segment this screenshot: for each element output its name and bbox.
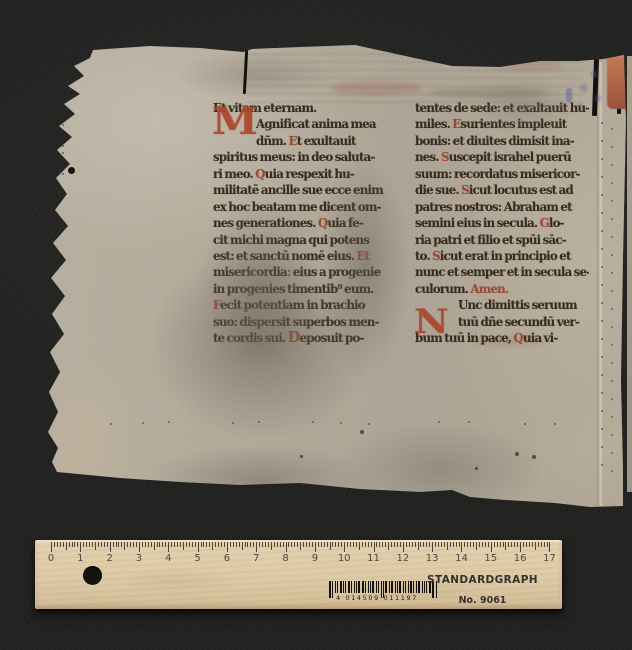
ruler-tick [110,542,111,552]
text-line: misericordia: eius a progenie [213,264,387,280]
pricking-hole [468,421,470,423]
blue-penwork-decoration [574,62,606,112]
ruler-tick [330,542,331,550]
latin-text: die sue. [415,183,461,197]
ruler-tick [247,542,248,547]
ruler-tick [165,542,166,547]
ruler-tick [69,542,70,547]
latin-text: eius a progenie [290,265,380,279]
rubric-text: E [289,134,297,148]
latin-text: ecit potentiam in brachio [220,298,365,312]
ruler-tick [121,542,122,547]
ruler-tick [500,542,501,547]
adjacent-leaf-edge [627,56,632,492]
ruler-tick [538,542,539,547]
ruler-tick [280,542,281,547]
barcode-bar [376,581,377,593]
latin-text: te cordis sui. [213,331,288,345]
rubric-text: D [288,329,300,346]
ruler-tick [344,542,345,552]
barcode-bar [337,581,338,593]
ruler-tick [400,542,401,547]
ruler-tick [151,542,152,547]
ruler-number: 1 [77,553,83,564]
photo-canvas: Et vitam eternam.Agnificat anima meadñm.… [0,0,632,650]
ruler-number: 17 [543,553,556,564]
ruler-tick [86,542,87,547]
ruler-tick [239,542,240,547]
ruler-number: 5 [194,553,200,564]
text-line: ex hoc beatam me dicent om- [213,199,387,215]
ruler-tick [54,542,55,547]
pricking-hole [475,467,478,470]
pricking-hole [62,138,64,140]
ruler-tick [450,542,451,547]
ruler-tick [63,542,64,547]
ruler-tick [118,542,119,547]
ruler-tick [183,542,184,550]
pricking-hole [611,164,613,166]
pricking-hole [62,117,64,119]
ruler-tick [291,542,292,547]
ruler-tick [429,542,430,547]
latin-text: culorum. [415,282,470,296]
text-line: die sue. Sicut locutus est ad [415,182,589,198]
ruler-tick [236,542,237,547]
ruler-tick [159,542,160,547]
ruler-tick [142,542,143,547]
ruler-tick [245,542,246,547]
ruler-tick [177,542,178,547]
ruler-tick [130,542,131,547]
latin-text: ex hoc beatam me dicent om- [213,200,381,214]
pricking-hole [232,422,234,424]
text-line: cit michi magna qui potens [213,232,387,248]
ruler-tick [180,542,181,547]
ruler-tick [145,542,146,547]
ruler-tick [368,542,369,547]
ruler-tick [388,542,389,550]
ruler-tick [253,542,254,547]
ruler-tick [209,542,210,547]
latin-text: misericordia [213,265,287,279]
barcode-bar [358,581,360,593]
latin-text: militatē ancille sue ecce enim [213,183,383,197]
latin-text: est: et sanctū nomē eius. [213,249,356,263]
ruler-model-label: No. 9061 [415,595,550,606]
barcode-bar [405,581,406,593]
ruler-tick [268,542,269,547]
text-line: suum: recordatus misericor- [415,166,589,182]
ruler-tick [154,542,155,550]
latin-text: suo: dispersit superbos men- [213,315,379,329]
ruler-tick [294,542,295,547]
pricking-hole [532,455,536,459]
ruler-tick [479,542,480,547]
ruler-tick [80,542,81,552]
ruler-tick [324,542,325,547]
text-line: spiritus meus: in deo saluta- [213,149,387,165]
ruler-tick [382,542,383,547]
ruler-tick [517,542,518,547]
ruler-tick [271,542,272,550]
ruler-tick [174,542,175,547]
ruler-tick [162,542,163,547]
ruler-tick [338,542,339,547]
latin-text: Unc dimittis seruum [458,298,577,312]
barcode-bar [389,581,390,593]
barcode-bar [399,581,401,593]
latin-text: lo- [549,216,564,230]
barcode-bar [365,581,366,593]
ruler-tick [541,542,542,547]
ruler-tick [139,542,140,552]
ruler-tick [168,542,169,552]
pricking-hole [524,423,526,425]
ruler-tick [230,542,231,547]
ruler-tick [371,542,372,547]
ruler-tick [526,542,527,547]
ruler-hanging-hole [83,566,102,585]
ruler-number: 14 [455,553,468,564]
ruler-tick [332,542,333,547]
ruler-tick [418,542,419,550]
pricking-hole [312,421,314,423]
rubric-text: F [213,298,220,312]
ruler-tick [60,542,61,547]
ruler-tick [508,542,509,547]
pricking-hole [611,236,613,238]
pricking-hole [611,254,613,256]
ruler-tick [547,542,548,547]
ruler-tick [438,542,439,547]
pricking-hole [62,173,64,175]
ruler-tick [353,542,354,547]
pricking-hole [611,344,613,346]
latin-text: to. [415,249,432,263]
ruler-tick [464,542,465,547]
ruler-tick [215,542,216,547]
barcode-bar [372,581,374,593]
rubric-text: Q [318,216,327,230]
ruler-tick [283,542,284,547]
ruler-tick [532,542,533,547]
pricking-hole [142,422,144,424]
ruler-tick [549,542,550,552]
ruler-tick [250,542,251,547]
barcode-bar [340,581,342,593]
pricking-hole [62,152,64,154]
latin-text: nunc et semper et in secula se- [415,265,589,279]
ruler-tick [95,542,96,550]
ruler-tick [505,542,506,550]
pricking-hole [611,272,613,274]
latin-text: ri meo. [213,167,255,181]
ruler-tick [72,542,73,547]
ruler-tick [470,542,471,547]
barcode-bar [403,581,404,593]
pricking-hole [611,200,613,202]
ruler-tick [256,542,257,552]
pricking-hole [611,452,613,454]
rubric-text: S [432,249,440,263]
barcode-bar [408,581,409,593]
rubric-text: Amen. [470,282,508,296]
latin-text: patres nostros: Abraham et [415,200,572,214]
ink-bleedthrough [428,88,548,98]
ruler-tick [461,542,462,552]
ruler-tick [101,542,102,547]
barcode-bar [378,581,379,593]
text-line: patres nostros: Abraham et [415,199,589,215]
ruler-tick [297,542,298,547]
latin-text: t exultauit [297,134,356,148]
ruler-number: 16 [514,553,527,564]
pricking-hole [300,455,303,458]
ruler-tick [544,542,545,547]
latin-text: uscepit israhel puerū [449,150,571,164]
latin-text: ria patri et filio et spūi sāc- [415,233,566,247]
ruler-tick [535,542,536,550]
ruler-tick [306,542,307,547]
ruler-tick [327,542,328,547]
ruler-tick [133,542,134,547]
ruler-tick [476,542,477,550]
ruler-tick [359,542,360,550]
ruler-tick [341,542,342,547]
pricking-hole [438,421,440,423]
pricking-hole [62,159,64,161]
ruler-tick [171,542,172,547]
latin-text: nes. [415,150,441,164]
ruler-tick [523,542,524,547]
text-line: militatē ancille sue ecce enim [213,182,387,198]
ruler-tick [374,542,375,552]
pricking-hole [62,145,64,147]
pricking-hole [168,421,170,423]
latin-text: surientes impleuit [460,117,566,131]
latin-text: suum: recordatus misericor- [415,167,580,181]
latin-text: Agnificat anima mea [256,117,376,131]
barcode-bar [370,581,371,593]
ruler-tick [432,542,433,552]
rubric-text: Q [514,331,523,345]
ruler-tick [113,542,114,547]
text-line: culorum. Amen. [415,281,589,297]
barcode-digits: 4 014509 011197 [325,594,429,602]
ruler-tick [157,542,158,547]
ruler-tick [189,542,190,547]
ruler-tick [136,542,137,547]
ruler-tick [262,542,263,547]
ruler-tick [494,542,495,547]
pricking-hole [340,422,342,424]
ruler-tick [412,542,413,547]
ruler-tick [473,542,474,547]
ruler-tick [274,542,275,547]
barcode-bar [343,581,344,593]
ruler-tick [265,542,266,547]
rubric-text: S [441,150,449,164]
ruler-tick [497,542,498,547]
rubric-bleedthrough [500,60,564,72]
latin-text: icut locutus est ad [469,183,573,197]
ruler-tick [529,542,530,547]
barcode-bar [345,581,346,593]
rubric-bleedthrough [330,82,422,95]
latin-text: spiritus meus: in deo saluta- [213,150,375,164]
pricking-hole [611,182,613,184]
text-line: semini eius in secula. Glo- [415,215,589,231]
ruler-tick [456,542,457,547]
ruler-tick [406,542,407,547]
barcode-bar [351,581,352,593]
pricking-hole [611,398,613,400]
text-line: miles. Esurientes impleuit [415,116,589,132]
ruler-tick [195,542,196,547]
latin-text: cit michi magna qui potens [213,233,369,247]
ruler-tick [491,542,492,552]
ruler-tick [201,542,202,547]
ruler-tick [89,542,90,547]
ruler-tick [435,542,436,547]
pricking-hole [360,430,364,434]
ruler-tick [51,542,52,552]
ruler-tick [403,542,404,552]
ruler-number: 0 [48,553,54,564]
ruler-tick [514,542,515,547]
pricking-hole [611,362,613,364]
ruler-tick [350,542,351,547]
pricking-hole [611,434,613,436]
ruler-tick [186,542,187,547]
ruler-tick [347,542,348,547]
barcode-bar [368,581,369,593]
ruler-tick [453,542,454,547]
latin-text: miles. [415,117,452,131]
ruler-tick [104,542,105,547]
pricking-hole [611,218,613,220]
latin-text: uia fe- [327,216,363,230]
ruler-number: 3 [136,553,142,564]
text-line: bonis: et diuites dimisit ina- [415,133,589,149]
ruler-tick [127,542,128,547]
ruler-tick [415,542,416,547]
ruler-tick [485,542,486,547]
latin-text: uia respexit hu- [265,167,354,181]
ruler-tick [385,542,386,547]
ruler-tick [303,542,304,547]
ruler-tick [224,542,225,547]
ruler-number: 13 [426,553,439,564]
manuscript-leaf: Et vitam eternam.Agnificat anima meadñm.… [0,0,632,525]
ruler-tick [259,542,260,547]
ruler-number: 2 [106,553,112,564]
ruler-tick [335,542,336,547]
ruler-tick [218,542,219,547]
ruler-tick [488,542,489,547]
ruler-tick [394,542,395,547]
ruler-tick [198,542,199,552]
ruler-tick [203,542,204,547]
ruler-number: 6 [224,553,230,564]
rubric-text: S [461,183,469,197]
rubric-text: Q [255,167,264,181]
text-line: te cordis sui. Deposuit po- [213,330,387,346]
barcode-bar [397,581,398,593]
illuminated-initial-m: M [212,104,258,138]
pricking-hole [611,128,613,130]
ruler-tick [520,542,521,552]
barcode-bar [385,581,387,593]
latin-text: uia vi- [523,331,557,345]
pricking-hole [62,131,64,133]
latin-text: nes generationes. [213,216,318,230]
text-line: suo: dispersit superbos men- [213,314,387,330]
ruler-tick [227,542,228,552]
latin-text: eposuit po- [300,331,364,345]
ruler-tick [83,542,84,547]
ruler-tick [212,542,213,550]
latin-text: semini eius in secula. [415,216,540,230]
ruler-tick [420,542,421,547]
illuminated-initial-n: N [414,306,449,338]
ruler-number: 4 [165,553,171,564]
ruler-tick [511,542,512,547]
ruler-tick [423,542,424,547]
ruler-tick [379,542,380,547]
ruler-tick [362,542,363,547]
ruler-tick [376,542,377,547]
pricking-hole [611,290,613,292]
ruler-tick [467,542,468,547]
barcode: 4 014509 011197 [329,581,425,605]
pricking-hole [611,470,613,472]
barcode-bar [391,581,393,593]
ruler-number: 10 [338,553,351,564]
text-line: nunc et semper et in secula se- [415,264,589,280]
ruler-number: 12 [396,553,409,564]
pricking-hole [258,421,260,423]
pricking-hole [611,308,613,310]
ruler-tick [365,542,366,547]
pricking-hole [611,326,613,328]
ruler-number: 11 [367,553,380,564]
latin-text: dñm. [256,134,289,148]
ruler-tick [192,542,193,547]
rubric-text: G [540,216,549,230]
pricking-hole [611,416,613,418]
ruler-tick [503,542,504,547]
pricking-hole [554,423,556,425]
latin-text: icut erat in principio et [440,249,571,263]
text-line: Fecit potentiam in brachio [213,297,387,313]
ruler-tick [74,542,75,547]
pricking-hole [611,380,613,382]
ruler-tick [233,542,234,547]
ruler-tick [66,542,67,550]
ruler-tick [57,542,58,547]
blue-penwork-decoration [566,88,572,102]
ruler-tick [321,542,322,547]
rubric-text: Et [356,249,369,263]
ruler-tick [300,542,301,550]
ruler-tick [98,542,99,547]
barcode-bar [335,581,336,593]
pricking-hole [611,146,613,148]
ruler-tick [441,542,442,547]
pricking-hole [515,452,519,456]
